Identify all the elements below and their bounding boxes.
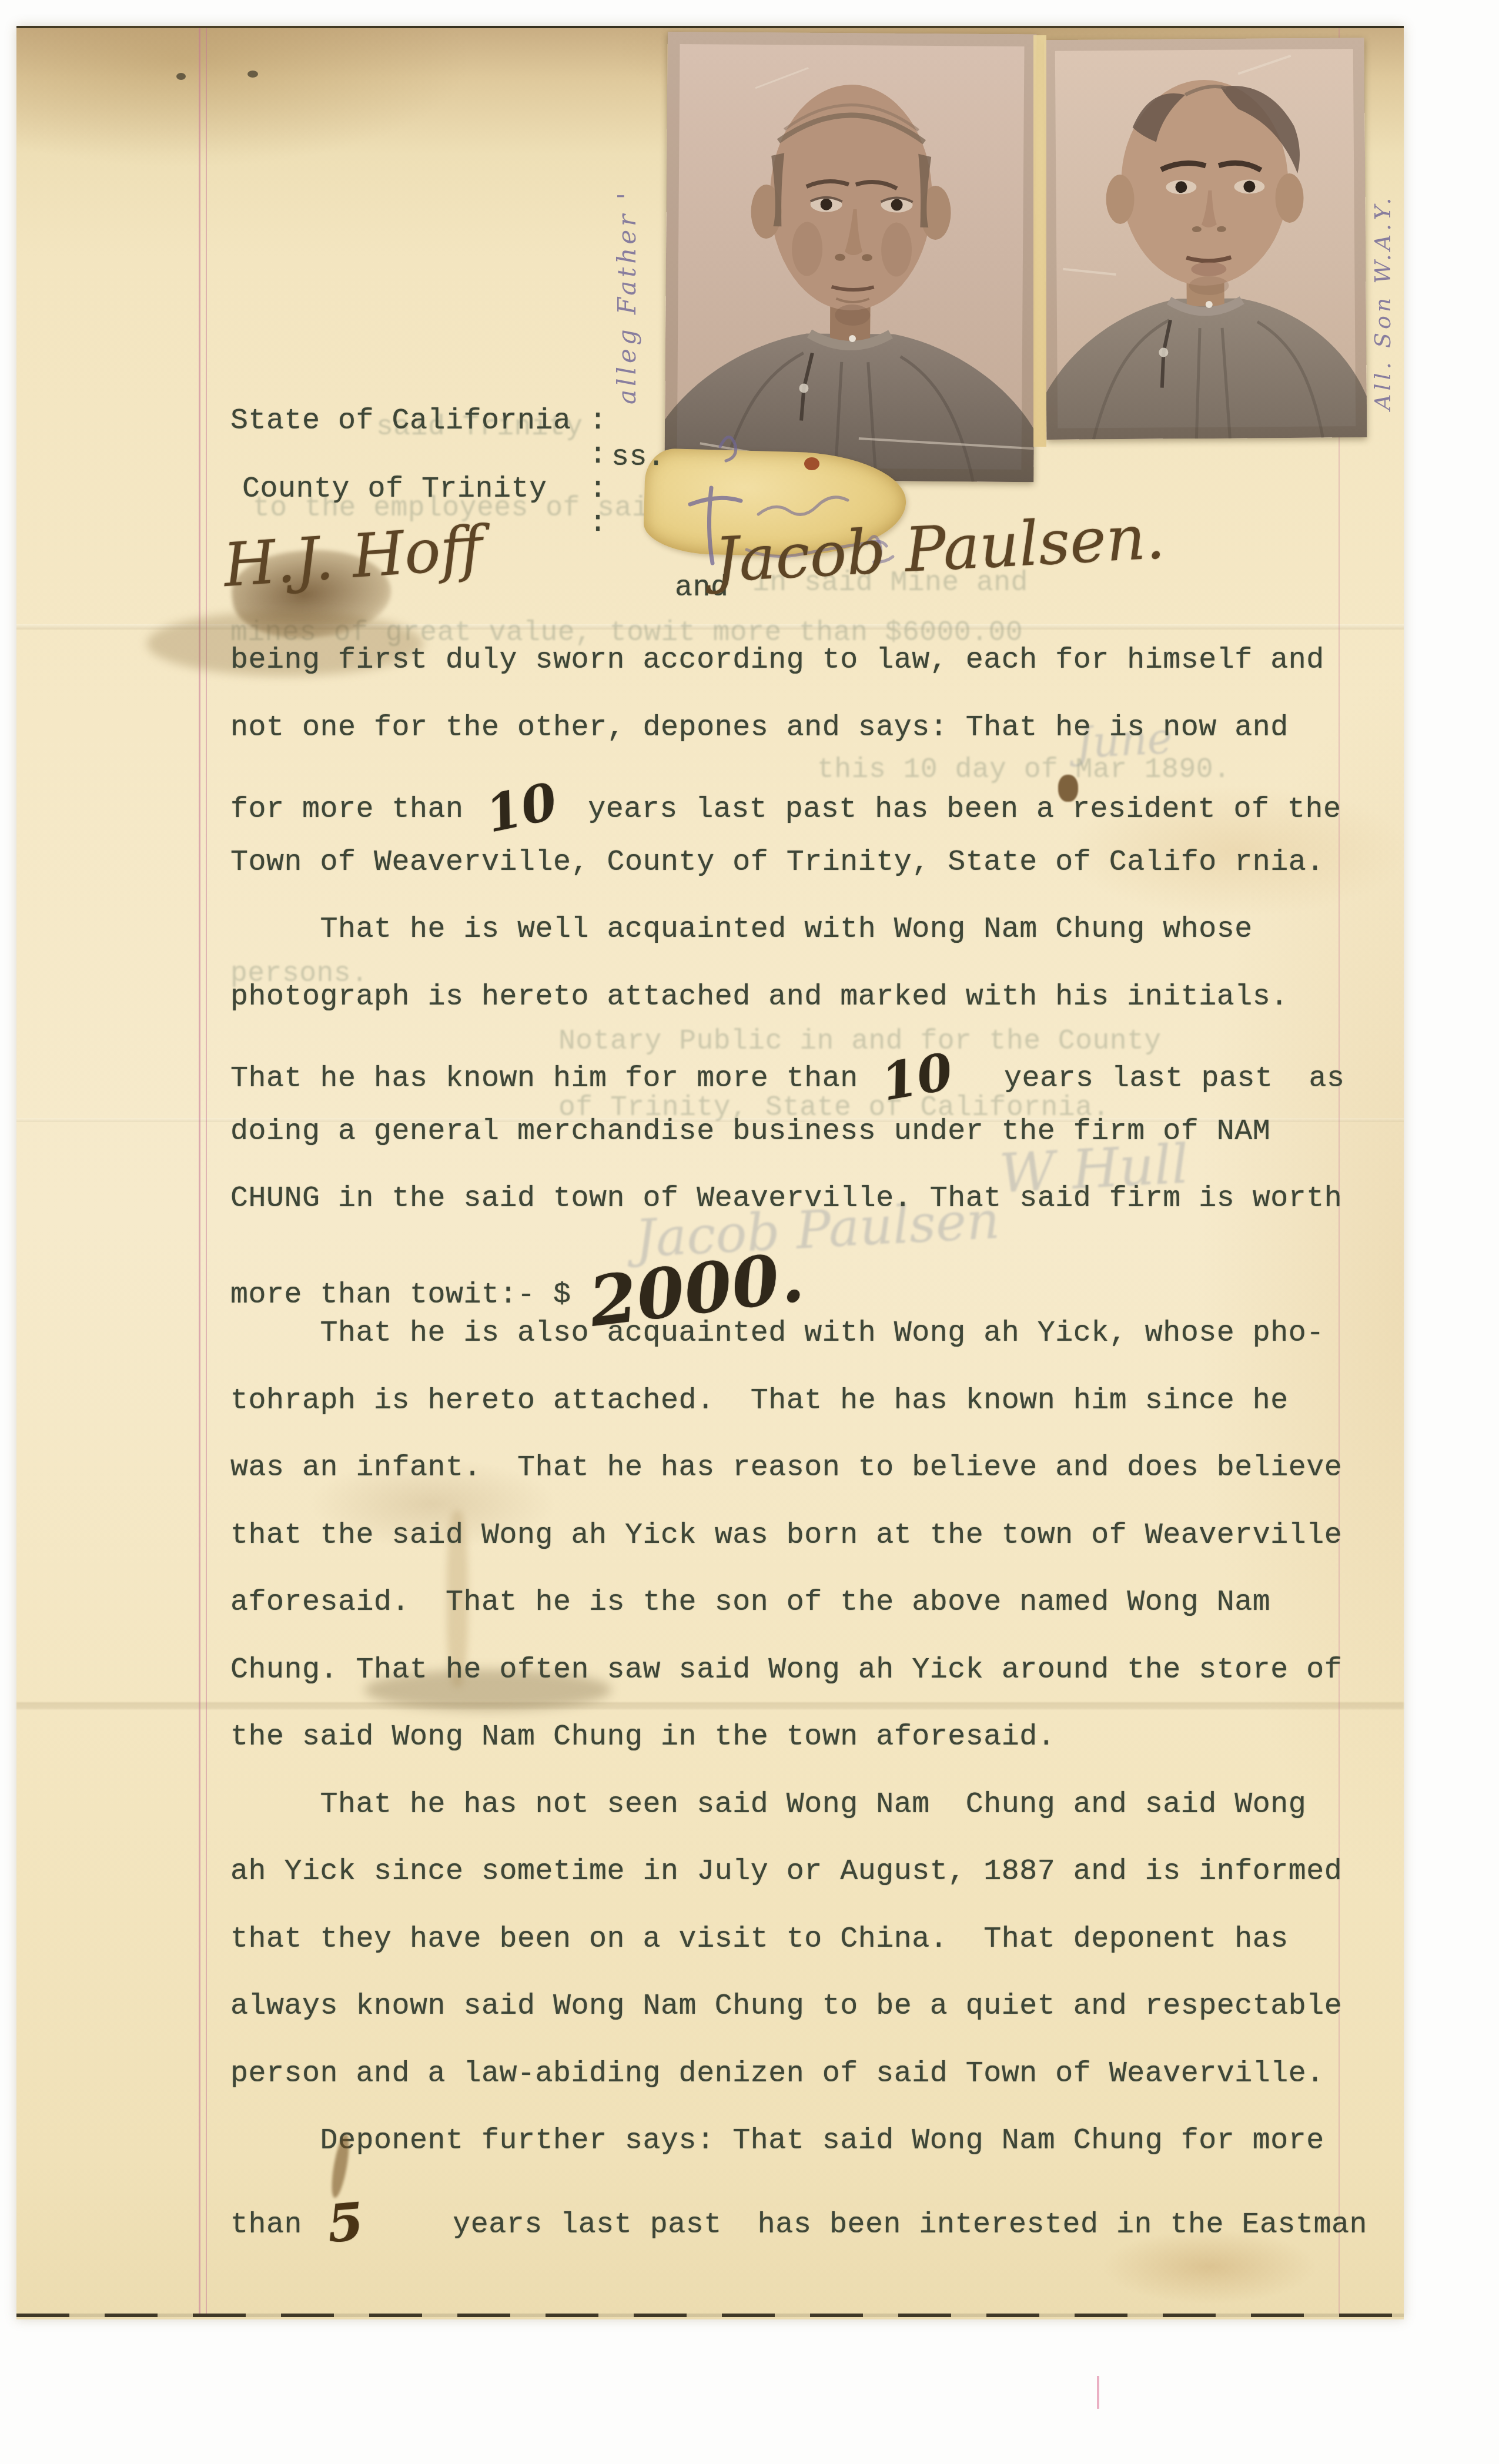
body-line: that they have been on a visit to China.…	[230, 1923, 1289, 1956]
body-line: being first duly sworn according to law,…	[230, 644, 1324, 677]
scanned-document-page: said Trinity to the employees of said Mi…	[0, 0, 1499, 2464]
heading-colon: :	[589, 404, 607, 438]
body-line: photograph is hereto attached and marked…	[230, 980, 1289, 1014]
body-line: That he is also acquainted with Wong ah …	[230, 1317, 1324, 1350]
heading-colon: :	[589, 507, 607, 540]
body-line: than 5 years last past has been interest…	[230, 2192, 1367, 2253]
body-line: That he is well acquainted with Wong Nam…	[230, 913, 1253, 946]
son-portrait-image	[1044, 38, 1367, 440]
handwritten-years-1: 10	[481, 772, 563, 845]
body-line: That he has known him for more than 10 y…	[230, 1047, 1344, 1107]
left-margin-rule-inner	[206, 28, 207, 2314]
heading-ss: ss.	[611, 441, 665, 474]
body-line: that the said Wong ah Yick was born at t…	[230, 1519, 1342, 1552]
body-line: That he has not seen said Wong Nam Chung…	[230, 1788, 1306, 1822]
son-portrait-photo	[1044, 38, 1367, 440]
body-line: for more than 10 years last past has bee…	[230, 778, 1341, 838]
handwritten-years-3: 5	[324, 2191, 366, 2255]
photo-mount-gap	[1033, 35, 1046, 447]
body-line: ah Yick since sometime in July or August…	[230, 1855, 1342, 1889]
paper-bottom-edge	[16, 2314, 1404, 2317]
heading-colon: :	[589, 438, 607, 472]
heading-county: County of Trinity	[242, 473, 547, 506]
son-photo-caption: All. Son W.A.Y.	[1370, 69, 1396, 410]
heading-colon: :	[589, 473, 607, 506]
body-line: aforesaid. That he is the son of the abo…	[230, 1586, 1270, 1619]
body-line: Chung. That he often saw said Wong ah Yi…	[230, 1653, 1342, 1687]
body-line: the said Wong Nam Chung in the town afor…	[230, 1720, 1055, 1754]
body-line: always known said Wong Nam Chung to be a…	[230, 1990, 1342, 2023]
body-line: not one for the other, depones and says:…	[230, 711, 1289, 745]
body-line: Deponent further says: That said Wong Na…	[230, 2124, 1324, 2158]
body-line: Town of Weaverville, County of Trinity, …	[230, 846, 1324, 879]
body-line: person and a law-abiding denizen of said…	[230, 2057, 1324, 2091]
body-line: CHUNG in the said town of Weaverville. T…	[230, 1182, 1342, 1216]
body-line: was an infant. That he has reason to bel…	[230, 1451, 1342, 1485]
body-line: doing a general merchandise business und…	[230, 1115, 1270, 1149]
heading-state: State of California	[230, 404, 571, 438]
left-margin-rule-outer	[199, 28, 200, 2314]
father-photo-caption: alleg Father '	[613, 87, 641, 404]
handwritten-years-2: 10	[877, 1042, 957, 1112]
body-line: tohraph is hereto attached. That he has …	[230, 1384, 1289, 1418]
pink-mark-scan-bed	[1097, 2376, 1099, 2409]
